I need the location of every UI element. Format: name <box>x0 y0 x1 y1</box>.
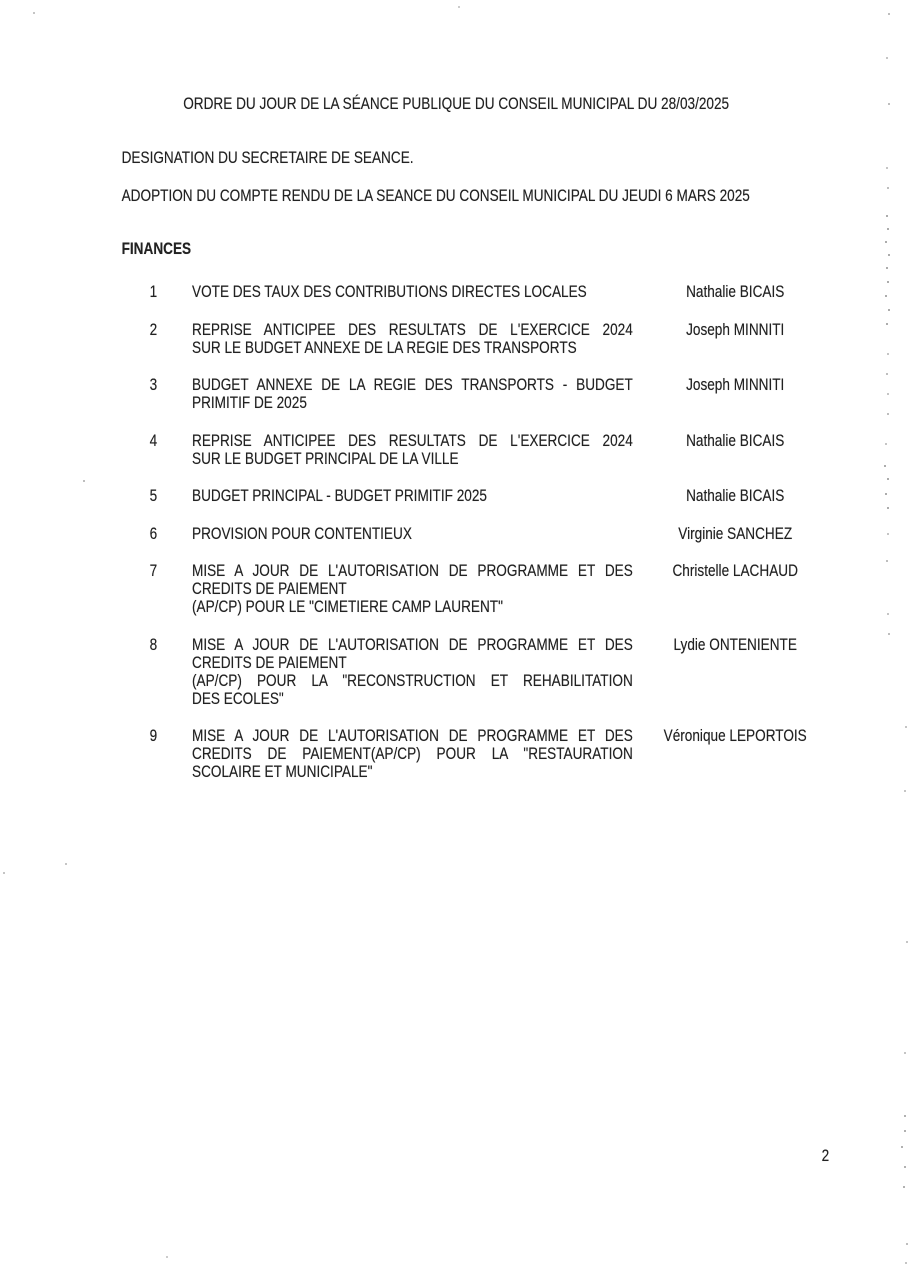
item-title-line: REPRISE ANTICIPEE DES RESULTATS DE L'EXE… <box>192 321 633 339</box>
agenda-item: 3BUDGET ANNEXE DE LA REGIE DES TRANSPORT… <box>150 376 838 412</box>
item-rapporteur: Lydie ONTENIENTE <box>640 636 830 654</box>
agenda-item: 2REPRISE ANTICIPEE DES RESULTATS DE L'EX… <box>150 321 838 357</box>
item-rapporteur: Virginie SANCHEZ <box>640 525 830 543</box>
item-number: 3 <box>150 376 192 394</box>
item-rapporteur: Véronique LEPORTOIS <box>640 727 830 745</box>
item-title-line: CREDITS DE PAIEMENT <box>192 654 633 672</box>
item-title: MISE A JOUR DE L'AUTORISATION DE PROGRAM… <box>192 636 633 708</box>
item-title: REPRISE ANTICIPEE DES RESULTATS DE L'EXE… <box>192 432 633 468</box>
item-title-line: SCOLAIRE ET MUNICIPALE" <box>192 763 633 781</box>
item-rapporteur: Nathalie BICAIS <box>640 487 830 505</box>
item-title-line: VOTE DES TAUX DES CONTRIBUTIONS DIRECTES… <box>192 283 633 301</box>
item-title-line: MISE A JOUR DE L'AUTORISATION DE PROGRAM… <box>192 727 633 745</box>
item-title: BUDGET ANNEXE DE LA REGIE DES TRANSPORTS… <box>192 376 633 412</box>
item-title: PROVISION POUR CONTENTIEUX <box>192 525 633 543</box>
item-number: 2 <box>150 321 192 339</box>
page-number: 2 <box>822 1147 830 1165</box>
item-number: 9 <box>150 727 192 745</box>
section-heading-finances: FINANCES <box>122 240 192 258</box>
item-title-line: (AP/CP) POUR LA "RECONSTRUCTION ET REHAB… <box>192 672 633 690</box>
item-title: MISE A JOUR DE L'AUTORISATION DE PROGRAM… <box>192 562 633 616</box>
item-title: REPRISE ANTICIPEE DES RESULTATS DE L'EXE… <box>192 321 633 357</box>
item-title-line: BUDGET ANNEXE DE LA REGIE DES TRANSPORTS… <box>192 376 633 394</box>
item-title-line: BUDGET PRINCIPAL - BUDGET PRIMITIF 2025 <box>192 487 633 505</box>
item-title-line: SUR LE BUDGET PRINCIPAL DE LA VILLE <box>192 450 633 468</box>
item-number: 7 <box>150 562 192 580</box>
item-number: 5 <box>150 487 192 505</box>
item-title-line: SUR LE BUDGET ANNEXE DE LA REGIE DES TRA… <box>192 339 633 357</box>
agenda-item: 5BUDGET PRINCIPAL - BUDGET PRIMITIF 2025… <box>150 487 838 505</box>
item-number: 1 <box>150 283 192 301</box>
agenda-items-list: 1VOTE DES TAUX DES CONTRIBUTIONS DIRECTE… <box>150 283 838 801</box>
item-title-line: CREDITS DE PAIEMENT <box>192 580 633 598</box>
adoption-line: ADOPTION DU COMPTE RENDU DE LA SEANCE DU… <box>122 187 750 205</box>
designation-line: DESIGNATION DU SECRETAIRE DE SEANCE. <box>122 149 414 167</box>
item-title-line: DES ECOLES" <box>192 690 633 708</box>
item-number: 6 <box>150 525 192 543</box>
item-rapporteur: Christelle LACHAUD <box>640 562 830 580</box>
document-title: ORDRE DU JOUR DE LA SÉANCE PUBLIQUE DU C… <box>183 95 729 113</box>
agenda-item: 4REPRISE ANTICIPEE DES RESULTATS DE L'EX… <box>150 432 838 468</box>
item-title-line: REPRISE ANTICIPEE DES RESULTATS DE L'EXE… <box>192 432 633 450</box>
item-title: BUDGET PRINCIPAL - BUDGET PRIMITIF 2025 <box>192 487 633 505</box>
item-title: VOTE DES TAUX DES CONTRIBUTIONS DIRECTES… <box>192 283 633 301</box>
item-rapporteur: Nathalie BICAIS <box>640 432 830 450</box>
agenda-item: 8MISE A JOUR DE L'AUTORISATION DE PROGRA… <box>150 636 838 708</box>
item-title: MISE A JOUR DE L'AUTORISATION DE PROGRAM… <box>192 727 633 781</box>
scan-noise-speckles <box>0 0 2 2</box>
item-title-line: PROVISION POUR CONTENTIEUX <box>192 525 633 543</box>
item-rapporteur: Nathalie BICAIS <box>640 283 830 301</box>
item-title-line: PRIMITIF DE 2025 <box>192 394 633 412</box>
item-title-line: MISE A JOUR DE L'AUTORISATION DE PROGRAM… <box>192 562 633 580</box>
document-content: ORDRE DU JOUR DE LA SÉANCE PUBLIQUE DU C… <box>0 0 909 1286</box>
agenda-item: 9MISE A JOUR DE L'AUTORISATION DE PROGRA… <box>150 727 838 781</box>
document-page: ORDRE DU JOUR DE LA SÉANCE PUBLIQUE DU C… <box>0 0 909 1286</box>
agenda-item: 1VOTE DES TAUX DES CONTRIBUTIONS DIRECTE… <box>150 283 838 301</box>
agenda-item: 6PROVISION POUR CONTENTIEUXVirginie SANC… <box>150 525 838 543</box>
item-title-line: (AP/CP) POUR LE "CIMETIERE CAMP LAURENT" <box>192 598 633 616</box>
item-rapporteur: Joseph MINNITI <box>640 376 830 394</box>
item-rapporteur: Joseph MINNITI <box>640 321 830 339</box>
item-title-line: MISE A JOUR DE L'AUTORISATION DE PROGRAM… <box>192 636 633 654</box>
agenda-item: 7MISE A JOUR DE L'AUTORISATION DE PROGRA… <box>150 562 838 616</box>
item-number: 8 <box>150 636 192 654</box>
item-number: 4 <box>150 432 192 450</box>
item-title-line: CREDITS DE PAIEMENT(AP/CP) POUR LA "REST… <box>192 745 633 763</box>
